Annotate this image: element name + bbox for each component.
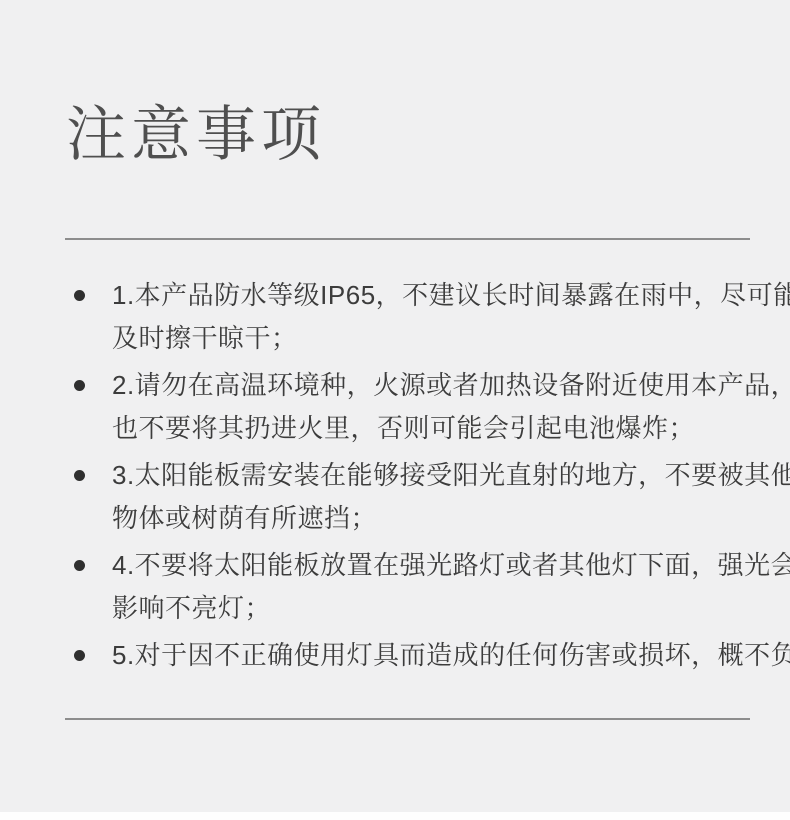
bullet-icon — [74, 290, 85, 301]
note-line: 5.对于因不正确使用灯具而造成的任何伤害或损坏，概不负责 — [112, 634, 790, 677]
note-line: 影响不亮灯； — [112, 587, 790, 630]
note-text: 3.太阳能板需安装在能够接受阳光直射的地方，不要被其他物体或树荫有所遮挡； — [112, 454, 790, 540]
page-title: 注意事项 — [66, 103, 326, 167]
list-item: 1.本产品防水等级IP65，不建议长时间暴露在雨中，尽可能及时擦干晾干； — [66, 274, 726, 360]
note-text: 5.对于因不正确使用灯具而造成的任何伤害或损坏，概不负责 — [112, 634, 790, 677]
list-item: 3.太阳能板需安装在能够接受阳光直射的地方，不要被其他物体或树荫有所遮挡； — [66, 454, 726, 540]
bullet-icon — [74, 380, 85, 391]
precautions-list: 1.本产品防水等级IP65，不建议长时间暴露在雨中，尽可能及时擦干晾干；2.请勿… — [66, 274, 726, 681]
list-item: 5.对于因不正确使用灯具而造成的任何伤害或损坏，概不负责 — [66, 634, 726, 677]
note-text: 4.不要将太阳能板放置在强光路灯或者其他灯下面，强光会影响不亮灯； — [112, 544, 790, 630]
list-item: 4.不要将太阳能板放置在强光路灯或者其他灯下面，强光会影响不亮灯； — [66, 544, 726, 630]
note-line: 1.本产品防水等级IP65，不建议长时间暴露在雨中，尽可能 — [112, 274, 790, 317]
bullet-icon — [74, 560, 85, 571]
note-line: 3.太阳能板需安装在能够接受阳光直射的地方，不要被其他 — [112, 454, 790, 497]
note-text: 1.本产品防水等级IP65，不建议长时间暴露在雨中，尽可能及时擦干晾干； — [112, 274, 790, 360]
note-line: 2.请勿在高温环境种，火源或者加热设备附近使用本产品， — [112, 364, 790, 407]
bottom-divider — [65, 718, 750, 720]
bullet-icon — [74, 650, 85, 661]
precautions-page: 注意事项 1.本产品防水等级IP65，不建议长时间暴露在雨中，尽可能及时擦干晾干… — [0, 0, 790, 820]
list-item: 2.请勿在高温环境种，火源或者加热设备附近使用本产品，也不要将其扔进火里，否则可… — [66, 364, 726, 450]
title-divider — [65, 238, 750, 240]
note-line: 物体或树荫有所遮挡； — [112, 497, 790, 540]
note-line: 4.不要将太阳能板放置在强光路灯或者其他灯下面，强光会 — [112, 544, 790, 587]
note-text: 2.请勿在高温环境种，火源或者加热设备附近使用本产品，也不要将其扔进火里，否则可… — [112, 364, 790, 450]
note-line: 及时擦干晾干； — [112, 317, 790, 360]
bullet-icon — [74, 470, 85, 481]
bottom-strip — [0, 812, 790, 820]
note-line: 也不要将其扔进火里，否则可能会引起电池爆炸； — [112, 407, 790, 450]
